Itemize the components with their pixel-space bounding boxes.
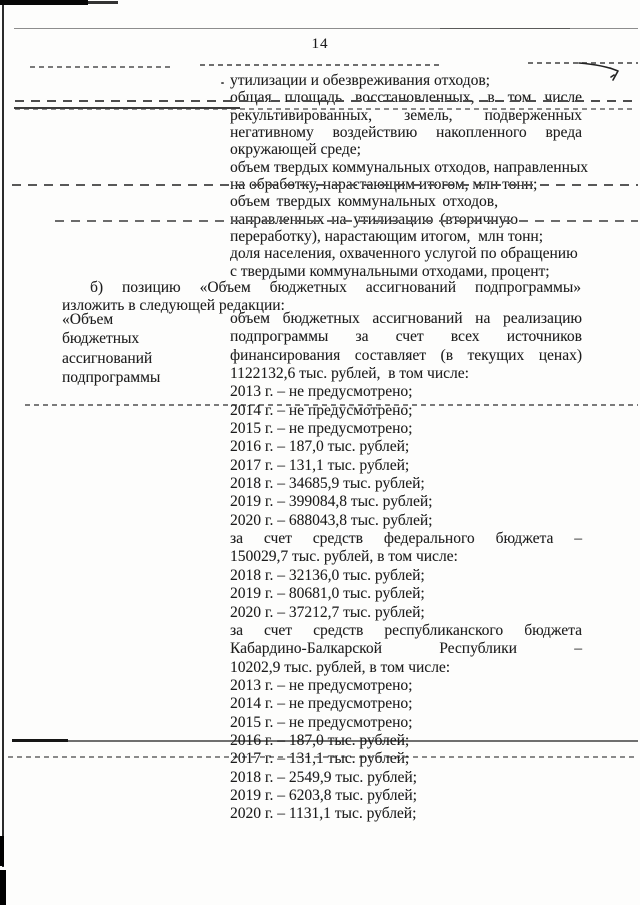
scan-edge-left-line [2,5,4,867]
text-line: 2019 г. – 6203,8 тыс. рублей; [230,787,582,805]
text-line: за счет средств республиканского бюджета [230,622,582,640]
scan-speck [221,82,224,84]
text-line: б) позицию «Объем бюджетных ассигнований… [62,279,581,297]
text-line: 2020 г. – 37212,7 тыс. рублей; [230,604,582,622]
strike-line-2-dark-left [14,107,240,109]
text-line: объем твердых коммунальных отходов, напр… [230,159,582,176]
text-line: с твердыми коммунальными отходами, проце… [230,263,582,280]
page-number: 14 [0,36,640,53]
text-line: 2018 г. – 32136,0 тыс. рублей; [230,567,582,585]
text-line: утилизации и обезвреживания отходов; [230,72,582,89]
text-line: 2015 г. – не предусмотрено; [230,420,582,438]
scan-edge-bottom-blob-1 [0,836,4,866]
text-line: за счет средств федерального бюджета – [230,530,582,548]
continuation-text-column: утилизации и обезвреживания отходов;обща… [230,72,582,280]
text-line: 10202,9 тыс. рублей, в том числе: [230,659,582,677]
text-line: 2020 г. – 1131,1 тыс. рублей; [230,805,582,823]
table-left-column: «Объембюджетныхассигнованийподпрограммы [62,310,227,387]
pen-arrow-mark-icon [578,50,632,82]
scan-artifact-dash-row-mid [200,64,440,66]
text-line: окружающей среде; [230,141,582,158]
text-line: общая площадь восстановленных, в том чис… [230,89,582,106]
text-line: 2013 г. – не предусмотрено; [230,677,582,695]
strike-line-1 [15,100,635,102]
text-line: 2013 г. – не предусмотрено; [230,383,582,401]
text-line: ассигнований [62,349,227,368]
text-line: 2020 г. – 688043,8 тыс. рублей; [230,512,582,530]
text-line: 2016 г. – 187,0 тыс. рублей; [230,732,582,750]
strike-line-3 [12,184,638,186]
scan-edge-top-bar-tail [88,1,118,4]
text-line: 2019 г. – 80681,0 тыс. рублей; [230,585,582,603]
strike-line-6-dark-left [12,739,68,742]
text-line: Кабардино-Балкарской Республики – [230,640,582,658]
text-line: 2018 г. – 2549,9 тыс. рублей; [230,769,582,787]
text-line: 2018 г. – 34685,9 тыс. рублей; [230,475,582,493]
header-rule-dark-segment [440,28,570,30]
text-line: 2016 г. – 187,0 тыс. рублей; [230,438,582,456]
paragraph-b: б) позицию «Объем бюджетных ассигнований… [62,279,581,314]
text-line: переработку), нарастающим итогом, млн то… [230,228,582,245]
scan-edge-top-bar [0,0,88,5]
table-right-column: объем бюджетных ассигнований на реализац… [230,310,582,824]
strike-line-4 [55,220,638,222]
text-line: негативному воздействию накопленного вре… [230,124,582,141]
text-line: объем твердых коммунальных отходов, [230,193,498,210]
text-line: 1122132,6 тыс. рублей, в том числе: [230,365,582,383]
text-line: финансирования составляет (в текущих цен… [230,347,582,365]
text-line: подпрограммы за счет всех источников [230,328,582,346]
text-line: подпрограммы [62,368,227,387]
scan-edge-bottom-blob-2 [0,870,6,905]
text-line: 2019 г. – 399084,8 тыс. рублей; [230,493,582,511]
text-line: 150029,7 тыс. рублей, в том числе: [230,548,582,566]
text-line: 2017 г. – 131,1 тыс. рублей; [230,750,582,768]
text-line: объем бюджетных ассигнований на реализац… [230,310,582,328]
text-line: 2014 г. – не предусмотрено; [230,695,582,713]
scan-artifact-dash-row-left [30,66,170,68]
text-line: бюджетных [62,329,227,348]
text-line: доля населения, охваченного услугой по о… [230,245,582,262]
text-line: 2017 г. – 131,1 тыс. рублей; [230,457,582,475]
text-line: «Объем [62,310,227,329]
scanned-document-page: 14 утилизации и обезвреживания отходов;о… [0,0,640,905]
text-line: 2014 г. – не предусмотрено; [230,402,582,420]
text-line: 2015 г. – не предусмотрено; [230,714,582,732]
